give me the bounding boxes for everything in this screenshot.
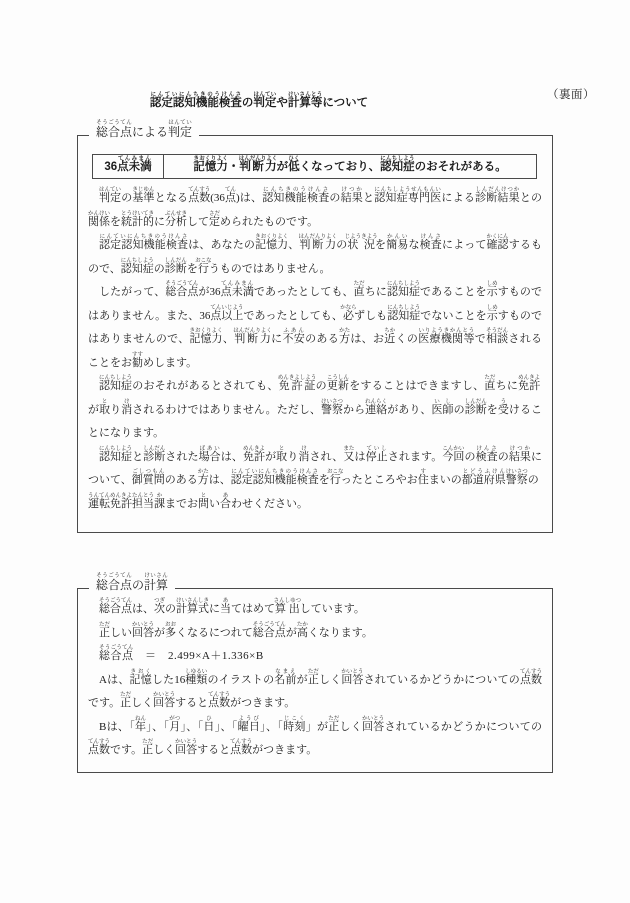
calculation-section-title: 総合点そうごうてんの計算けいさん xyxy=(89,573,175,597)
calculation-section: 総合点そうごうてんの計算けいさん 総合点そうごうてんは、次つぎの計算式けいさんし… xyxy=(77,588,553,773)
ruby-term: 高たか xyxy=(297,627,308,639)
ruby-term: 診断結果しんだんけつか xyxy=(475,192,520,204)
paragraph: 認知症にんちしようと診断しんだんされた場合ばあいは、免許めんきよが取とり消けされ… xyxy=(88,446,542,517)
paragraph: 認知症にんちしようのおそれがあるとされても、免許証めんきよしようの更新こうしんを… xyxy=(88,375,542,446)
ruby-term: 認知症にんちしよう xyxy=(387,310,420,322)
ruby-term: 総合点そうごうてん xyxy=(99,650,134,662)
ruby-term: 回答かいとう xyxy=(175,744,197,756)
ruby-term: 消け xyxy=(121,404,132,416)
ruby-term: 判定はんてい xyxy=(168,125,192,139)
ruby-term: 医療機関等いりようきかんとう xyxy=(418,333,475,345)
ruby-term: 御質問ごしつもん xyxy=(132,474,165,486)
ruby-term: 今回こんかい xyxy=(442,451,464,463)
judgment-table: 36点未満てんみまん 記憶力きおくりよく・判断力はんだんりよくが低ひくくなってお… xyxy=(92,154,537,179)
ruby-term: 回答かいとう xyxy=(341,674,363,686)
ruby-term: 統計的とうけいてき xyxy=(121,216,154,228)
ruby-term: 認知症にんちしよう xyxy=(387,286,420,298)
ruby-term: 近ちか xyxy=(384,333,395,345)
ruby-term: 都道府県とどうふけん xyxy=(462,474,506,486)
ruby-term: 方かた xyxy=(339,333,350,345)
ruby-term: 回答かいとう xyxy=(362,721,384,733)
ruby-term: 正ただ xyxy=(142,744,153,756)
ruby-term: 日ひ xyxy=(203,721,214,733)
paragraph: Bは、「年ねん」、「月がつ」、「日ひ」、「曜日ようび」、「時刻じこく」が正ただし… xyxy=(88,716,542,763)
ruby-term: 受う xyxy=(498,404,509,416)
ruby-term: 総合点そうごうてん xyxy=(253,627,286,639)
ruby-term: 結果けつか xyxy=(341,192,363,204)
ruby-term: 分析ぶんせき xyxy=(165,216,187,228)
ruby-term: 結果けつか xyxy=(509,451,531,463)
ruby-term: 回答かいとう xyxy=(132,627,154,639)
ruby-term: 記憶きおく xyxy=(130,674,152,686)
ruby-term: 低ひく xyxy=(288,161,300,173)
judgment-section-title: 総合点そうごうてんによる判定はんてい xyxy=(89,120,199,144)
ruby-term: 算出さんしゆつ xyxy=(275,603,300,615)
document-page: （裏面） 認定認知機能検査にんていにんちきのうけんさの判定はんていや計算等けいさ… xyxy=(0,0,630,903)
ruby-term: 回答かいとう xyxy=(153,697,175,709)
ruby-term: 月がつ xyxy=(169,721,180,733)
ruby-term: 基準きじゆん xyxy=(132,192,154,204)
ruby-term: 警察けいさつ xyxy=(506,474,528,486)
ruby-term: 停止ていし xyxy=(366,451,388,463)
ruby-term: 不安ふあん xyxy=(283,333,306,345)
ruby-term: 認定認知機能検査にんていにんちきのうけんさ xyxy=(99,239,188,251)
ruby-term: 記憶力きおくりよく xyxy=(255,239,288,251)
result-cell: 記憶力きおくりよく・判断力はんだんりよくが低ひくくなっており、認知症にんちしよう… xyxy=(164,155,537,179)
ruby-term: 連絡れんらく xyxy=(365,404,387,416)
ruby-term: 必かなら xyxy=(343,310,354,322)
ruby-term: 年ねん xyxy=(135,721,146,733)
ruby-term: 総合点そうごうてん xyxy=(96,578,132,592)
ruby-term: 認知症にんちしよう xyxy=(380,161,415,173)
ruby-term: 判定はんてい xyxy=(253,97,276,109)
ruby-term: 記憶力きおくりよく xyxy=(190,333,223,345)
ruby-term: 簡易かんい xyxy=(386,239,408,251)
page-side-label: （裏面） xyxy=(547,86,595,102)
ruby-term: 点数てんすう xyxy=(188,192,210,204)
calculation-paragraphs: 総合点そうごうてんは、次つぎの計算式けいさんしきに当あてはめて算出さんしゆつして… xyxy=(78,589,552,763)
ruby-term: 点以上てんいじよう xyxy=(210,310,243,322)
ruby-term: 総合点そうごうてん xyxy=(96,125,132,139)
ruby-term: 正ただ xyxy=(328,721,339,733)
ruby-term: 点未満てんみまん xyxy=(117,161,152,173)
ruby-term: 状況じようきよう xyxy=(347,239,375,251)
ruby-term: 認知症にんちしよう xyxy=(99,380,132,392)
ruby-term: 正ただ xyxy=(120,697,131,709)
ruby-term: 免めん xyxy=(518,380,529,392)
ruby-term: 検査けんさ xyxy=(476,451,498,463)
ruby-term: 関係かんけい xyxy=(88,216,110,228)
ruby-term: 住す xyxy=(418,474,429,486)
ruby-term: 点てん xyxy=(225,192,236,204)
paragraph: 正ただしい回答かいとうが多おおくなるにつれて総合点そうごうてんが高たかくなります… xyxy=(88,622,542,646)
ruby-term: 計算式けいさんしき xyxy=(176,603,209,615)
ruby-term: 許きよ xyxy=(529,380,540,392)
ruby-term: 数すう xyxy=(531,674,542,686)
ruby-term: 合あ xyxy=(220,498,231,510)
ruby-term: 問と xyxy=(198,498,209,510)
ruby-term: 正ただ xyxy=(99,627,110,639)
ruby-term: 点数てんすう xyxy=(208,697,230,709)
paragraph: 判定はんていの基準きじゆんとなる点数てんすう(36点てん)は、認知機能検査にんち… xyxy=(88,187,542,234)
ruby-term: 運転免許担当うんてんめんきよたんとう xyxy=(88,498,154,510)
ruby-term: 確認かくにん xyxy=(487,239,509,251)
ruby-term: 曜日ようび xyxy=(238,721,261,733)
paragraph: したがって、総合点そうごうてんが36点未満てんみまんであったとしても、直ただちに… xyxy=(88,281,542,375)
ruby-term: 消け xyxy=(298,451,309,463)
ruby-term: 課か xyxy=(154,498,165,510)
ruby-term: 多おお xyxy=(165,627,176,639)
ruby-term: 名前なまえ xyxy=(274,674,296,686)
ruby-term: 総合点そうごうてん xyxy=(99,603,132,615)
paragraph: 総合点そうごうてんは、次つぎの計算式けいさんしきに当あてはめて算出さんしゆつして… xyxy=(88,598,542,622)
ruby-term: 検査けんさ xyxy=(420,239,442,251)
ruby-term: 行おこな xyxy=(198,263,209,275)
ruby-term: 定さだ xyxy=(209,216,220,228)
table-row: 36点未満てんみまん 記憶力きおくりよく・判断力はんだんりよくが低ひくくなってお… xyxy=(93,155,537,179)
ruby-term: 勧すす xyxy=(132,357,143,369)
ruby-term: 又また xyxy=(343,451,354,463)
ruby-term: 認定認知機能検査にんていにんちきのうけんさ xyxy=(231,474,319,486)
total-score-formula: 総合点そうごうてん ＝ 2.499×A＋1.336×B xyxy=(88,645,542,669)
ruby-term: 判断力はんだんりよく xyxy=(234,333,271,345)
ruby-term: 更新こうしん xyxy=(327,380,349,392)
ruby-term: 示しめ xyxy=(487,286,498,298)
ruby-term: 当あ xyxy=(220,603,231,615)
ruby-term: 点てん xyxy=(520,674,531,686)
ruby-term: 点数てんすう xyxy=(88,744,110,756)
ruby-term: 方かた xyxy=(198,474,209,486)
ruby-term: 認定認知機能検査にんていにんちきのうけんさ xyxy=(150,97,242,109)
score-cell: 36点未満てんみまん xyxy=(93,155,164,179)
ruby-term: 示しめ xyxy=(487,310,498,322)
ruby-term: 記憶力きおくりよく xyxy=(193,161,228,173)
ruby-term: 計算けいさん xyxy=(144,578,168,592)
ruby-term: 警察けいさつ xyxy=(321,404,343,416)
ruby-term: 場合ばあい xyxy=(199,451,221,463)
ruby-term: 種類しゆるい xyxy=(185,674,207,686)
ruby-term: 判断力はんだんりよく xyxy=(299,239,336,251)
ruby-term: 認知機能検査にんちきのうけんさ xyxy=(262,192,329,204)
ruby-term: 診断しんだん xyxy=(465,404,487,416)
ruby-term: 診断しんだん xyxy=(165,263,187,275)
paragraph: Aは、記憶きおくした16種類しゆるいのイラストの名前なまえが正ただしく回答かいと… xyxy=(88,669,542,716)
ruby-term: 判断力はんだんりよく xyxy=(239,161,276,173)
ruby-term: 直ただ xyxy=(484,380,495,392)
ruby-term: 取と xyxy=(99,404,110,416)
ruby-term: 正ただ xyxy=(308,674,319,686)
ruby-term: 認知症にんちしよう xyxy=(99,451,132,463)
ruby-term: 総合点そうごうてん xyxy=(165,286,198,298)
ruby-term: 免許めんきよ xyxy=(243,451,265,463)
ruby-term: 免許証めんきよしよう xyxy=(279,380,316,392)
judgment-paragraphs: 判定はんていの基準きじゆんとなる点数てんすう(36点てん)は、認知機能検査にんち… xyxy=(78,179,552,516)
ruby-term: 点数てんすう xyxy=(230,744,252,756)
calculation-intro: 総合点そうごうてんは、次つぎの計算式けいさんしきに当あてはめて算出さんしゆつして… xyxy=(88,598,542,645)
ruby-term: 医師いし xyxy=(432,404,454,416)
judgment-section: 総合点そうごうてんによる判定はんてい 36点未満てんみまん 記憶力きおくりよく・… xyxy=(77,135,553,533)
ruby-term: 認知症にんちしよう xyxy=(121,263,154,275)
ruby-term: 行おこな xyxy=(330,474,341,486)
ruby-term: 時刻じこく xyxy=(283,721,306,733)
ruby-term: 相談そうだん xyxy=(486,333,508,345)
document-title: 認定認知機能検査にんていにんちきのうけんさの判定はんていや計算等けいさんとうにつ… xyxy=(0,92,518,110)
ruby-term: 取と xyxy=(276,451,287,463)
ruby-term: 診断しんだん xyxy=(143,451,165,463)
ruby-term: 認知症専門医にんちしようせんもんい xyxy=(374,192,441,204)
calculation-details: Aは、記憶きおくした16種類しゆるいのイラストの名前なまえが正ただしく回答かいと… xyxy=(88,669,542,763)
paragraph: 認定認知機能検査にんていにんちきのうけんさは、あなたの記憶力きおくりよく、判断力… xyxy=(88,234,542,281)
ruby-term: 次つぎ xyxy=(154,603,165,615)
ruby-term: 直ただ xyxy=(354,286,365,298)
ruby-term: 点未満てんみまん xyxy=(221,286,254,298)
ruby-term: 判定はんてい xyxy=(99,192,121,204)
ruby-term: 計算等けいさんとう xyxy=(288,97,323,109)
